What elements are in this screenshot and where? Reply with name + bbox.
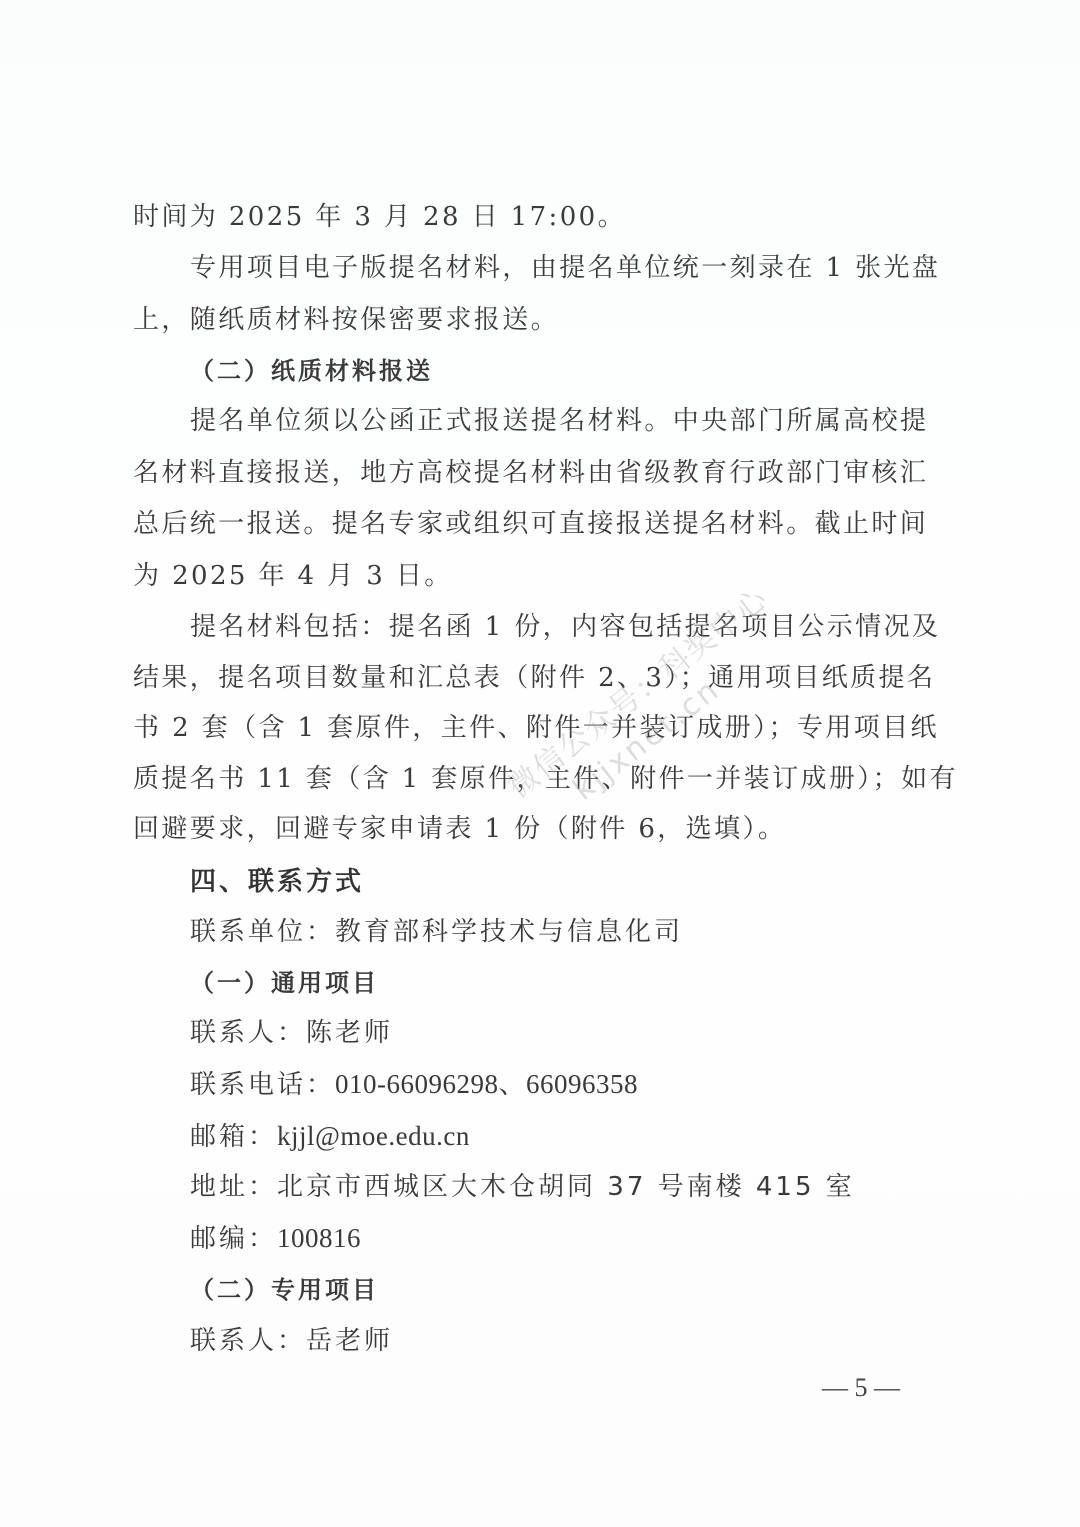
contact-unit-value: 教育部科学技术与信息化司 bbox=[335, 917, 683, 947]
contact-unit: 联系单位：教育部科学技术与信息化司 bbox=[190, 912, 990, 952]
general-project-heading: （一）通用项目 bbox=[190, 963, 990, 1003]
general-contact-email: 邮箱：kjjl@moe.edu.cn bbox=[190, 1116, 990, 1156]
contact-postcode-label: 邮编： bbox=[190, 1224, 277, 1254]
paragraph-line: 结果，提名项目数量和汇总表（附件 2、3）；通用项目纸质提名 bbox=[133, 658, 933, 698]
contact-address-label: 地址： bbox=[190, 1172, 277, 1202]
contact-phone-value: 010-66096298、66096358 bbox=[335, 1069, 638, 1099]
paragraph-line: 提名材料包括：提名函 1 份，内容包括提名项目公示情况及 bbox=[190, 607, 990, 647]
paragraph-line: 上，随纸质材料按保密要求报送。 bbox=[133, 300, 933, 340]
paragraph-line: 书 2 套（含 1 套原件，主件、附件一并装订成册）；专用项目纸 bbox=[133, 708, 933, 748]
paragraph-line: 时间为 2025 年 3 月 28 日 17:00。 bbox=[133, 197, 933, 237]
section-subheading: （二）纸质材料报送 bbox=[190, 351, 990, 391]
paragraph-line: 名材料直接报送，地方高校提名材料由省级教育行政部门审核汇 bbox=[133, 453, 933, 493]
contact-postcode-value: 100816 bbox=[277, 1223, 361, 1253]
paragraph-line: 为 2025 年 4 月 3 日。 bbox=[133, 556, 933, 596]
paragraph-line: 总后统一报送。提名专家或组织可直接报送提名材料。截止时间 bbox=[133, 504, 933, 544]
contact-address-value: 北京市西城区大木仓胡同 37 号南楼 415 室 bbox=[277, 1172, 855, 1202]
document-page: 时间为 2025 年 3 月 28 日 17:00。 专用项目电子版提名材料，由… bbox=[0, 0, 1080, 1527]
general-contact-person: 联系人：陈老师 bbox=[190, 1013, 990, 1053]
general-contact-address: 地址：北京市西城区大木仓胡同 37 号南楼 415 室 bbox=[190, 1167, 990, 1207]
contact-person-label: 联系人： bbox=[190, 1326, 306, 1356]
paragraph-line: 提名单位须以公函正式报送提名材料。中央部门所属高校提 bbox=[190, 401, 990, 441]
general-contact-postcode: 邮编：100816 bbox=[190, 1218, 990, 1258]
contact-unit-label: 联系单位： bbox=[190, 917, 335, 947]
special-project-heading: （二）专用项目 bbox=[190, 1270, 990, 1310]
contact-phone-label: 联系电话： bbox=[190, 1070, 335, 1100]
contact-person-value: 陈老师 bbox=[306, 1018, 393, 1048]
contact-email-label: 邮箱： bbox=[190, 1122, 277, 1152]
paragraph-line: 质提名书 11 套（含 1 套原件，主件、附件一并装订成册）；如有 bbox=[133, 759, 933, 799]
contact-person-value: 岳老师 bbox=[306, 1326, 393, 1356]
special-contact-person: 联系人：岳老师 bbox=[190, 1321, 990, 1361]
section-heading-contact: 四、联系方式 bbox=[190, 862, 990, 902]
general-contact-phone: 联系电话：010-66096298、66096358 bbox=[190, 1064, 990, 1104]
contact-person-label: 联系人： bbox=[190, 1018, 306, 1048]
contact-email-value[interactable]: kjjl@moe.edu.cn bbox=[277, 1121, 470, 1151]
paragraph-line: 专用项目电子版提名材料，由提名单位统一刻录在 1 张光盘 bbox=[190, 248, 990, 288]
page-number: — 5 — bbox=[822, 1372, 900, 1404]
paragraph-line: 回避要求，回避专家申请表 1 份（附件 6，选填）。 bbox=[133, 809, 933, 849]
